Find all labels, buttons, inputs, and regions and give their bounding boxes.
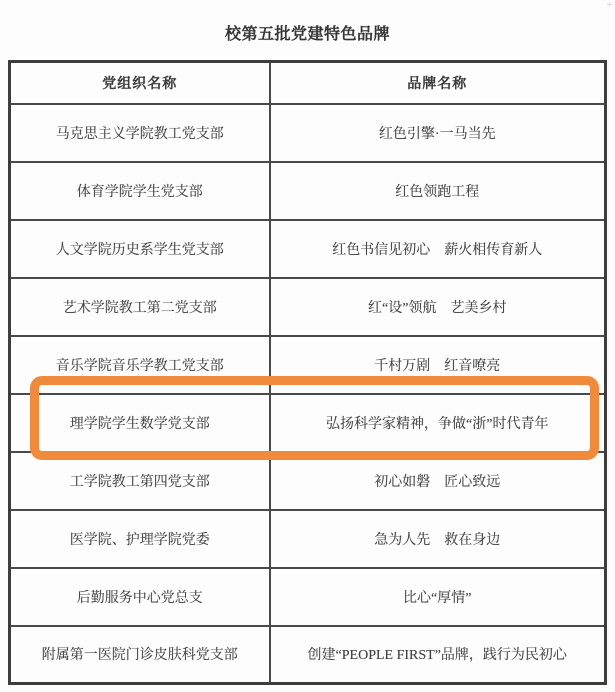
table-row: 人文学院历史系学生党支部 红色书信见初心 薪火相传育新人 [10, 220, 606, 278]
document-page: 校第五批党建特色品牌 + 党组织名称 品牌名称 马克思主义学院教工党支部 红色引… [0, 0, 615, 692]
table-body: 马克思主义学院教工党支部 红色引擎·一马当先 体育学院学生党支部 红色领跑工程 … [10, 104, 606, 684]
org-name-cell: 医学院、护理学院党委 [10, 510, 270, 568]
brand-name-cell: 红色领跑工程 [270, 162, 606, 220]
table-row: 音乐学院音乐学教工党支部 千村万剧 红音嘹亮 [10, 336, 606, 394]
org-name-cell: 马克思主义学院教工党支部 [10, 104, 270, 162]
table-row: 附属第一医院门诊皮肤科党支部 创建“PEOPLE FIRST”品牌，践行为民初心 [10, 626, 606, 684]
table-row: 医学院、护理学院党委 急为人先 救在身边 [10, 510, 606, 568]
brand-name-cell: 红“设”领航 艺美乡村 [270, 278, 606, 336]
brand-name-cell: 比心“厚情” [270, 568, 606, 626]
org-name-cell: 理学院学生数学党支部 [10, 394, 270, 452]
org-name-header: 党组织名称 [10, 62, 270, 104]
org-name-cell: 附属第一医院门诊皮肤科党支部 [10, 626, 270, 684]
brand-name-cell: 创建“PEOPLE FIRST”品牌，践行为民初心 [270, 626, 606, 684]
table-row: 艺术学院教工第二党支部 红“设”领航 艺美乡村 [10, 278, 606, 336]
header-row: 党组织名称 品牌名称 [10, 62, 606, 104]
brand-name-cell: 红色书信见初心 薪火相传育新人 [270, 220, 606, 278]
table-row: 后勤服务中心党总支 比心“厚情” [10, 568, 606, 626]
org-name-cell: 音乐学院音乐学教工党支部 [10, 336, 270, 394]
org-name-cell: 体育学院学生党支部 [10, 162, 270, 220]
brand-name-cell: 千村万剧 红音嘹亮 [270, 336, 606, 394]
org-name-cell: 后勤服务中心党总支 [10, 568, 270, 626]
brand-name-cell: 初心如磐 匠心致远 [270, 452, 606, 510]
table-row: 理学院学生数学党支部 弘扬科学家精神，争做“浙”时代青年 [10, 394, 606, 452]
page-title: 校第五批党建特色品牌 [0, 21, 615, 44]
org-name-cell: 人文学院历史系学生党支部 [10, 220, 270, 278]
table-row: 工学院教工第四党支部 初心如磐 匠心致远 [10, 452, 606, 510]
table-row: 体育学院学生党支部 红色领跑工程 [10, 162, 606, 220]
brand-name-header: 品牌名称 [270, 62, 606, 104]
org-name-cell: 艺术学院教工第二党支部 [10, 278, 270, 336]
brands-table: 党组织名称 品牌名称 马克思主义学院教工党支部 红色引擎·一马当先 体育学院学生… [8, 60, 607, 685]
table-container: 党组织名称 品牌名称 马克思主义学院教工党支部 红色引擎·一马当先 体育学院学生… [8, 60, 607, 685]
scan-artifact-plus-icon: + [607, 0, 613, 10]
brand-name-cell: 急为人先 救在身边 [270, 510, 606, 568]
org-name-cell: 工学院教工第四党支部 [10, 452, 270, 510]
table-row: 马克思主义学院教工党支部 红色引擎·一马当先 [10, 104, 606, 162]
brand-name-cell: 红色引擎·一马当先 [270, 104, 606, 162]
brand-name-cell: 弘扬科学家精神，争做“浙”时代青年 [270, 394, 606, 452]
